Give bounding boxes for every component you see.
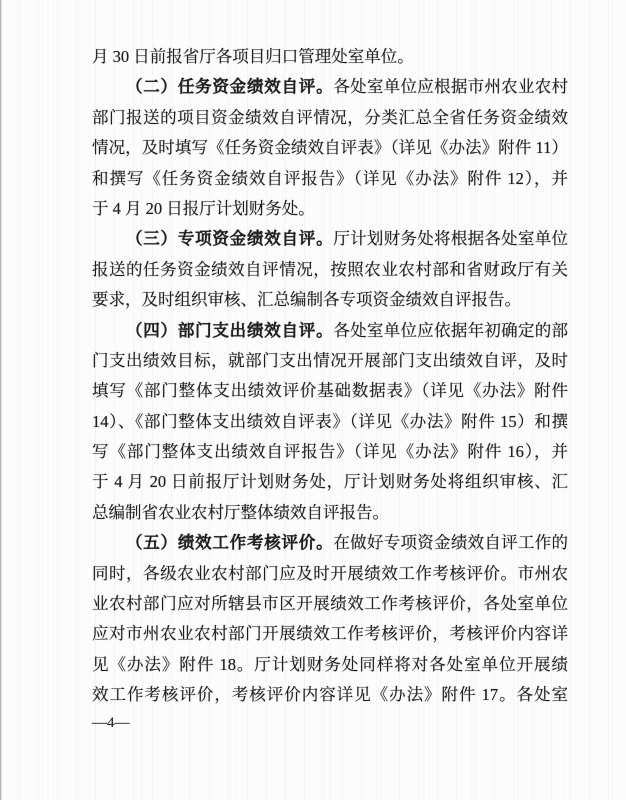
line-text: 报送的任务资金绩效自评情况，按照农业农村部和省财政厅有关 bbox=[92, 260, 568, 279]
line-text: 总编制省农业农村厅整体绩效自评报告。 bbox=[92, 503, 389, 522]
line-text: 和撰写《任务资金绩效自评报告》（详见《办法》附件 12），并 bbox=[92, 169, 568, 188]
page-number: —4— bbox=[92, 710, 130, 736]
line-text: 月 30 日前报省厅各项目归口管理处室单位。 bbox=[92, 47, 414, 66]
line-text: 厅计划财务处将根据各处室单位 bbox=[333, 229, 568, 248]
page-edge-shadow bbox=[0, 0, 2, 800]
text-line: 情况，及时填写《任务资金绩效自评表》（详见《办法》附件 11） bbox=[92, 133, 568, 163]
line-text: 填写《部门整体支出绩效评价基础数据表》（详见《办法》附件 bbox=[92, 381, 568, 400]
line-text: 14）、《部门整体支出绩效自评表》（详见《办法》附件 15）和撰 bbox=[92, 412, 568, 431]
line-text: 在做好专项资金绩效自评工作的 bbox=[333, 533, 568, 552]
line-text: 部门报送的项目资金绩效自评情况，分类汇总全省任务资金绩效 bbox=[92, 108, 568, 127]
section-heading: （三）专项资金绩效自评。 bbox=[126, 229, 333, 248]
section-heading: （二）任务资金绩效自评。 bbox=[126, 77, 333, 96]
text-line: 14）、《部门整体支出绩效自评表》（详见《办法》附件 15）和撰 bbox=[92, 407, 568, 437]
text-line: 写《部门整体支出绩效自评报告》（详见《办法》附件 16），并 bbox=[92, 437, 568, 467]
text-line: 部门报送的项目资金绩效自评情况，分类汇总全省任务资金绩效 bbox=[92, 103, 568, 133]
text-line: 门支出绩效目标，就部门支出情况开展部门支出绩效自评，及时 bbox=[92, 346, 568, 376]
text-line: 填写《部门整体支出绩效评价基础数据表》（详见《办法》附件 bbox=[92, 376, 568, 406]
text-block: 月 30 日前报省厅各项目归口管理处室单位。（二）任务资金绩效自评。各处室单位应… bbox=[92, 42, 568, 711]
text-line: 于 4 月 20 日报厅计划财务处。 bbox=[92, 194, 568, 224]
line-text: 写《部门整体支出绩效自评报告》（详见《办法》附件 16），并 bbox=[92, 442, 568, 461]
text-line: 业农村部门应对所辖县市区开展绩效工作考核评价，各处室单位 bbox=[92, 589, 568, 619]
section-heading: （五）绩效工作考核评价。 bbox=[126, 533, 333, 552]
line-text: 要求，及时组织审核、汇总编制各专项资金绩效自评报告。 bbox=[92, 290, 521, 309]
text-line: 月 30 日前报省厅各项目归口管理处室单位。 bbox=[92, 42, 568, 72]
line-text: 应对市州农业农村部门开展绩效工作考核评价，考核评价内容详 bbox=[92, 624, 568, 643]
text-line: （三）专项资金绩效自评。厅计划财务处将根据各处室单位 bbox=[92, 224, 568, 254]
text-line: 报送的任务资金绩效自评情况，按照农业农村部和省财政厅有关 bbox=[92, 255, 568, 285]
line-text: 于 4 月 20 日报厅计划财务处。 bbox=[92, 199, 315, 218]
line-text: 各处室单位应依据年初确定的部 bbox=[333, 321, 568, 340]
text-line: 总编制省农业农村厅整体绩效自评报告。 bbox=[92, 498, 568, 528]
line-text: 各处室单位应根据市州农业农村 bbox=[333, 77, 568, 96]
line-text: 于 4 月 20 日前报厅计划财务处，厅计划财务处将组织审核、汇 bbox=[92, 472, 568, 491]
line-text: 情况，及时填写《任务资金绩效自评表》（详见《办法》附件 11） bbox=[92, 138, 568, 157]
line-text: 业农村部门应对所辖县市区开展绩效工作考核评价，各处室单位 bbox=[92, 594, 568, 613]
text-line: （四）部门支出绩效自评。各处室单位应依据年初确定的部 bbox=[92, 316, 568, 346]
line-text: 见《办法》附件 18。厅计划财务处同样将对各处室单位开展绩 bbox=[92, 655, 568, 674]
text-line: 应对市州农业农村部门开展绩效工作考核评价，考核评价内容详 bbox=[92, 619, 568, 649]
text-line: （五）绩效工作考核评价。在做好专项资金绩效自评工作的 bbox=[92, 528, 568, 558]
text-line: 于 4 月 20 日前报厅计划财务处，厅计划财务处将组织审核、汇 bbox=[92, 467, 568, 497]
text-line: 效工作考核评价，考核评价内容详见《办法》附件 17。各处室 bbox=[92, 680, 568, 710]
section-heading: （四）部门支出绩效自评。 bbox=[126, 321, 333, 340]
line-text: 同时，各级农业农村部门应及时开展绩效工作考核评价。市州农 bbox=[92, 564, 568, 583]
text-line: 见《办法》附件 18。厅计划财务处同样将对各处室单位开展绩 bbox=[92, 650, 568, 680]
text-line: 同时，各级农业农村部门应及时开展绩效工作考核评价。市州农 bbox=[92, 559, 568, 589]
text-line: 和撰写《任务资金绩效自评报告》（详见《办法》附件 12），并 bbox=[92, 164, 568, 194]
scanned-document-page: { "page": { "background_color": "#fcfcfc… bbox=[0, 0, 626, 800]
line-text: 效工作考核评价，考核评价内容详见《办法》附件 17。各处室 bbox=[92, 685, 568, 704]
line-text: 门支出绩效目标，就部门支出情况开展部门支出绩效自评，及时 bbox=[92, 351, 568, 370]
text-line: （二）任务资金绩效自评。各处室单位应根据市州农业农村 bbox=[92, 72, 568, 102]
text-line: 要求，及时组织审核、汇总编制各专项资金绩效自评报告。 bbox=[92, 285, 568, 315]
